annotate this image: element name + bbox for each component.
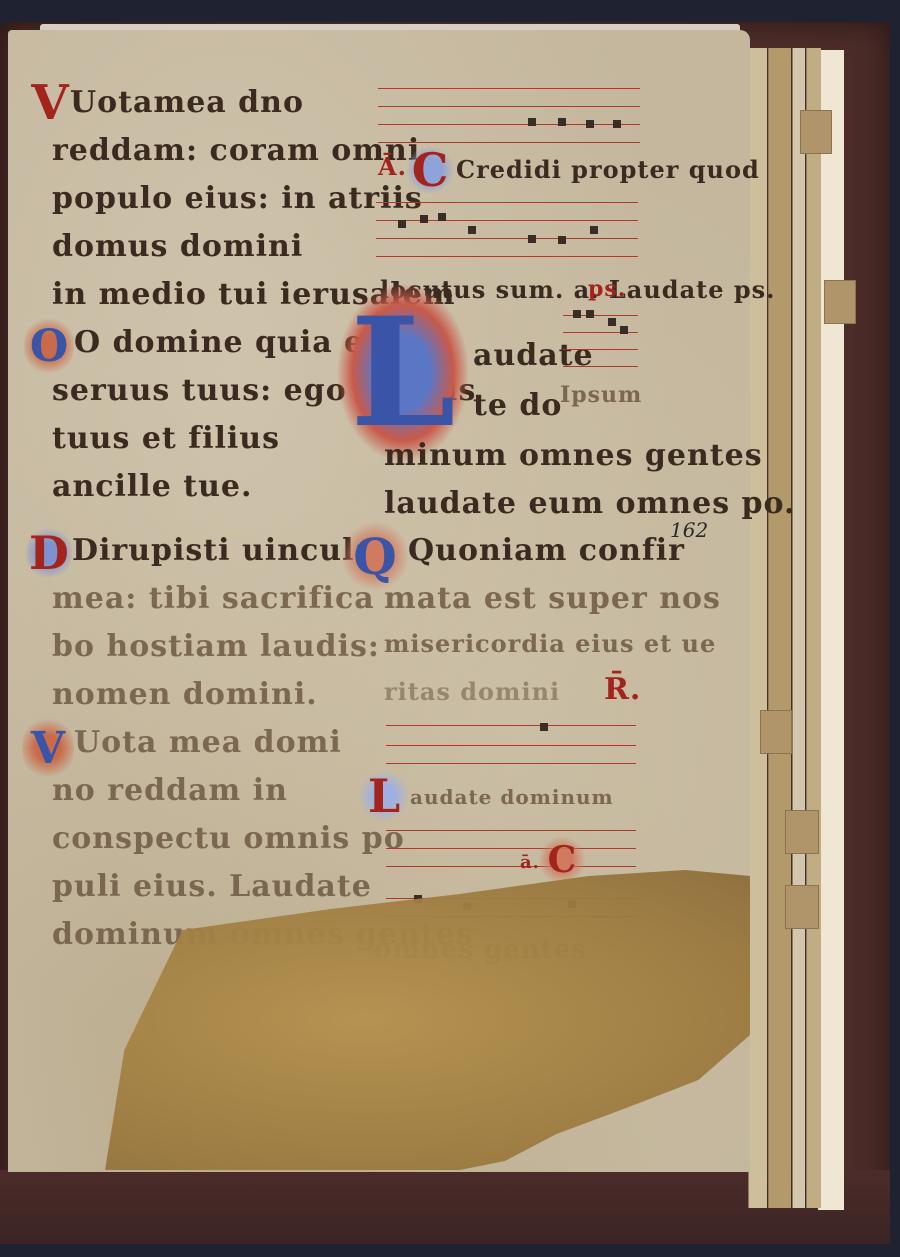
neume <box>573 310 581 318</box>
text-line: ancille tue. <box>52 469 252 504</box>
neume <box>558 236 566 244</box>
text-line: Uota mea domi <box>74 725 342 760</box>
staff-line <box>378 124 640 125</box>
text-line: reddam: coram omni <box>52 133 420 168</box>
staff-line <box>563 349 638 350</box>
folio-number: 162 <box>670 518 708 542</box>
margin-incipit: Ipsum <box>560 382 642 408</box>
staff-line <box>386 725 636 726</box>
leaf-edge <box>792 48 805 1208</box>
text-line: misericordia eius et ue <box>384 629 716 658</box>
page-tab-marker[interactable] <box>760 710 792 754</box>
neume <box>528 118 536 126</box>
text-line: mata est super nos <box>384 581 721 616</box>
staff-line <box>376 238 638 239</box>
neume <box>468 226 476 234</box>
text-line: no reddam in <box>52 773 288 808</box>
staff-line <box>376 220 638 221</box>
page-tab-marker[interactable] <box>785 885 819 929</box>
staff-line <box>376 256 638 257</box>
staff-line <box>386 866 636 867</box>
page-tab-marker[interactable] <box>785 810 819 854</box>
neume <box>438 213 446 221</box>
text-line: conspectu omnis po <box>52 821 405 856</box>
text-line: bo hostiam laudis: <box>52 629 380 664</box>
neume <box>420 215 428 223</box>
neume <box>540 723 548 731</box>
text-line: domus domini <box>52 229 303 264</box>
text-line: ritas domini <box>384 677 560 706</box>
text-line: audate dominum <box>410 785 614 809</box>
neume <box>558 118 566 126</box>
text-line: Quoniam confir <box>408 533 685 568</box>
red-initial-letter: V <box>30 78 70 128</box>
leaf-edge <box>806 48 821 1208</box>
rubric-responsory: R̄. <box>604 672 641 707</box>
text-line: Uotamea dno <box>70 85 304 120</box>
neume <box>398 220 406 228</box>
page-edges-stack <box>740 48 848 1208</box>
text-line: puli eius. Laudate <box>52 869 372 904</box>
text-line: te do <box>473 388 562 423</box>
staff-line <box>378 106 640 107</box>
staff-line <box>376 202 638 203</box>
rubric-psalm: ps. <box>588 276 626 302</box>
page-tab-marker[interactable] <box>800 110 832 154</box>
staff-line <box>386 830 636 831</box>
illuminated-initial: V <box>22 715 74 781</box>
text-line: mea: tibi sacrifica <box>52 581 375 616</box>
text-line: Credidi propter quod <box>456 155 760 184</box>
staff-line <box>386 745 636 746</box>
staff-line <box>386 848 636 849</box>
text-line: tuus et filius <box>52 421 280 456</box>
staff-line <box>386 763 636 764</box>
staff-line <box>563 366 638 367</box>
text-line: populo eius: in atriis <box>52 181 423 216</box>
neume <box>620 326 628 334</box>
illuminated-initial: D <box>26 525 72 581</box>
neume <box>613 120 621 128</box>
text-line: minum omnes gentes <box>384 438 763 473</box>
neume <box>586 310 594 318</box>
illuminated-initial: L <box>360 768 408 824</box>
text-line: Dirupisti uincula <box>72 533 375 568</box>
rubric-antiphon: ā. <box>520 852 540 873</box>
neume <box>528 235 536 243</box>
leaf-edge <box>768 48 791 1208</box>
leaf-edge <box>748 48 767 1208</box>
illuminated-initial: C <box>538 836 586 884</box>
illuminated-initial: C <box>406 145 454 195</box>
neume <box>586 120 594 128</box>
neume <box>608 318 616 326</box>
text-line: audate <box>473 338 594 373</box>
text-line: laudate eum omnes po. <box>384 486 795 521</box>
illuminated-initial: O <box>24 315 74 377</box>
staff-line <box>378 88 640 89</box>
text-line: nomen domini. <box>52 677 318 712</box>
rubric-antiphon: Ā. <box>378 152 407 181</box>
large-illuminated-initial: L <box>338 285 468 460</box>
neume <box>590 226 598 234</box>
page-tab-marker[interactable] <box>824 280 856 324</box>
